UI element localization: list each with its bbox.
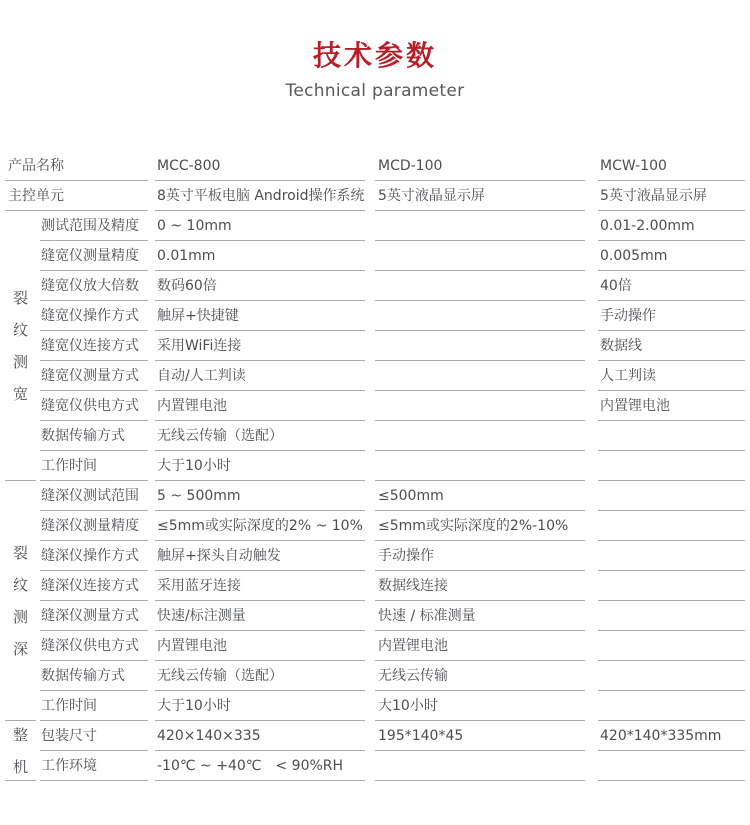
group-crack-depth: 裂纹测深 bbox=[5, 481, 36, 721]
group-label: 整机 bbox=[12, 719, 29, 783]
page-title: 技术参数 bbox=[0, 40, 750, 72]
cell-mcd bbox=[375, 331, 585, 361]
spec-table: 产品名称 MCC-800 MCD-100 MCW-100 主控单元 8英寸平板电… bbox=[5, 151, 745, 781]
cell-mcw bbox=[598, 571, 745, 601]
group-crack-width: 裂纹测宽 bbox=[5, 211, 36, 481]
cell-mcc: -10℃ ~ +40℃ < 90%RH bbox=[155, 751, 365, 781]
row-label: 工作时间 bbox=[40, 451, 148, 481]
row-label: 主控单元 bbox=[5, 181, 148, 211]
cell-mcc: 触屏+快捷键 bbox=[155, 301, 365, 331]
cell-mcd: ≤5mm或实际深度的2%-10% bbox=[375, 511, 585, 541]
cell-mcw: 0.01-2.00mm bbox=[598, 211, 745, 241]
row-label: 缝宽仪操作方式 bbox=[40, 301, 148, 331]
group-label: 裂纹测深 bbox=[12, 537, 29, 665]
cell-mcd: 手动操作 bbox=[375, 541, 585, 571]
cell-mcd: 内置锂电池 bbox=[375, 631, 585, 661]
cell-mcd bbox=[375, 271, 585, 301]
row-label: 数据传输方式 bbox=[40, 661, 148, 691]
cell-mcw bbox=[598, 601, 745, 631]
cell-mcw bbox=[598, 631, 745, 661]
row-label: 缝深仪连接方式 bbox=[40, 571, 148, 601]
cell-mcc: 0 ~ 10mm bbox=[155, 211, 365, 241]
row-label: 包装尺寸 bbox=[40, 721, 148, 751]
cell-mcc: 自动/人工判读 bbox=[155, 361, 365, 391]
cell-mcd: 大10小时 bbox=[375, 691, 585, 721]
cell-mcw bbox=[598, 421, 745, 451]
cell-mcd bbox=[375, 751, 585, 781]
cell-mcw bbox=[598, 541, 745, 571]
cell-mcc: 无线云传输（选配） bbox=[155, 661, 365, 691]
cell-mcc: 8英寸平板电脑 Android操作系统 bbox=[155, 181, 365, 211]
row-label: 工作环境 bbox=[40, 751, 148, 781]
technical-parameter-page: 技术参数 Technical parameter 产品名称 MCC-800 MC… bbox=[0, 0, 750, 825]
cell-mcc: 5 ~ 500mm bbox=[155, 481, 365, 511]
cell-mcd: 快速 / 标准测量 bbox=[375, 601, 585, 631]
cell-mcw bbox=[598, 661, 745, 691]
cell-mcw: 420*140*335mm bbox=[598, 721, 745, 751]
cell-mcc: 内置锂电池 bbox=[155, 631, 365, 661]
cell-mcw bbox=[598, 481, 745, 511]
cell-mcw: 内置锂电池 bbox=[598, 391, 745, 421]
row-label: 产品名称 bbox=[5, 151, 148, 181]
page-subtitle: Technical parameter bbox=[0, 81, 750, 101]
cell-mcc: 无线云传输（选配） bbox=[155, 421, 365, 451]
cell-mcd bbox=[375, 361, 585, 391]
cell-mcw bbox=[598, 751, 745, 781]
row-label: 工作时间 bbox=[40, 691, 148, 721]
cell-mcd bbox=[375, 301, 585, 331]
cell-mcw bbox=[598, 451, 745, 481]
cell-mcw: 数据线 bbox=[598, 331, 745, 361]
cell-mcd bbox=[375, 391, 585, 421]
cell-mcw: 手动操作 bbox=[598, 301, 745, 331]
cell-mcc: 大于10小时 bbox=[155, 691, 365, 721]
cell-mcd: 无线云传输 bbox=[375, 661, 585, 691]
cell-mcd bbox=[375, 451, 585, 481]
cell-mcw: 人工判读 bbox=[598, 361, 745, 391]
column-header-mcw: MCW-100 bbox=[598, 151, 745, 181]
row-label: 缝宽仪放大倍数 bbox=[40, 271, 148, 301]
column-header-mcd: MCD-100 bbox=[375, 151, 585, 181]
title-block: 技术参数 Technical parameter bbox=[0, 40, 750, 101]
cell-mcd: 数据线连接 bbox=[375, 571, 585, 601]
row-label: 测试范围及精度 bbox=[40, 211, 148, 241]
row-label: 缝深仪测试范围 bbox=[40, 481, 148, 511]
row-label: 缝深仪测量方式 bbox=[40, 601, 148, 631]
group-label: 裂纹测宽 bbox=[12, 282, 29, 410]
cell-mcd bbox=[375, 241, 585, 271]
cell-mcc: 数码60倍 bbox=[155, 271, 365, 301]
cell-mcd: ≤500mm bbox=[375, 481, 585, 511]
row-label: 缝宽仪测量方式 bbox=[40, 361, 148, 391]
cell-mcw: 5英寸液晶显示屏 bbox=[598, 181, 745, 211]
row-label: 缝宽仪供电方式 bbox=[40, 391, 148, 421]
cell-mcw: 0.005mm bbox=[598, 241, 745, 271]
column-header-mcc: MCC-800 bbox=[155, 151, 365, 181]
cell-mcc: 0.01mm bbox=[155, 241, 365, 271]
row-label: 缝深仪操作方式 bbox=[40, 541, 148, 571]
cell-mcc: 采用WiFi连接 bbox=[155, 331, 365, 361]
cell-mcc: 420×140×335 bbox=[155, 721, 365, 751]
cell-mcc: ≤5mm或实际深度的2% ~ 10% bbox=[155, 511, 365, 541]
cell-mcc: 快速/标注测量 bbox=[155, 601, 365, 631]
cell-mcc: 采用蓝牙连接 bbox=[155, 571, 365, 601]
cell-mcd bbox=[375, 211, 585, 241]
cell-mcc: 大于10小时 bbox=[155, 451, 365, 481]
row-label: 缝宽仪测量精度 bbox=[40, 241, 148, 271]
cell-mcc: 触屏+探头自动触发 bbox=[155, 541, 365, 571]
cell-mcc: 内置锂电池 bbox=[155, 391, 365, 421]
row-label: 缝宽仪连接方式 bbox=[40, 331, 148, 361]
group-whole-machine: 整机 bbox=[5, 721, 36, 781]
cell-mcw bbox=[598, 691, 745, 721]
row-label: 缝深仪测量精度 bbox=[40, 511, 148, 541]
cell-mcw bbox=[598, 511, 745, 541]
cell-mcd bbox=[375, 421, 585, 451]
cell-mcd: 5英寸液晶显示屏 bbox=[375, 181, 585, 211]
row-label: 数据传输方式 bbox=[40, 421, 148, 451]
cell-mcd: 195*140*45 bbox=[375, 721, 585, 751]
row-label: 缝深仪供电方式 bbox=[40, 631, 148, 661]
cell-mcw: 40倍 bbox=[598, 271, 745, 301]
